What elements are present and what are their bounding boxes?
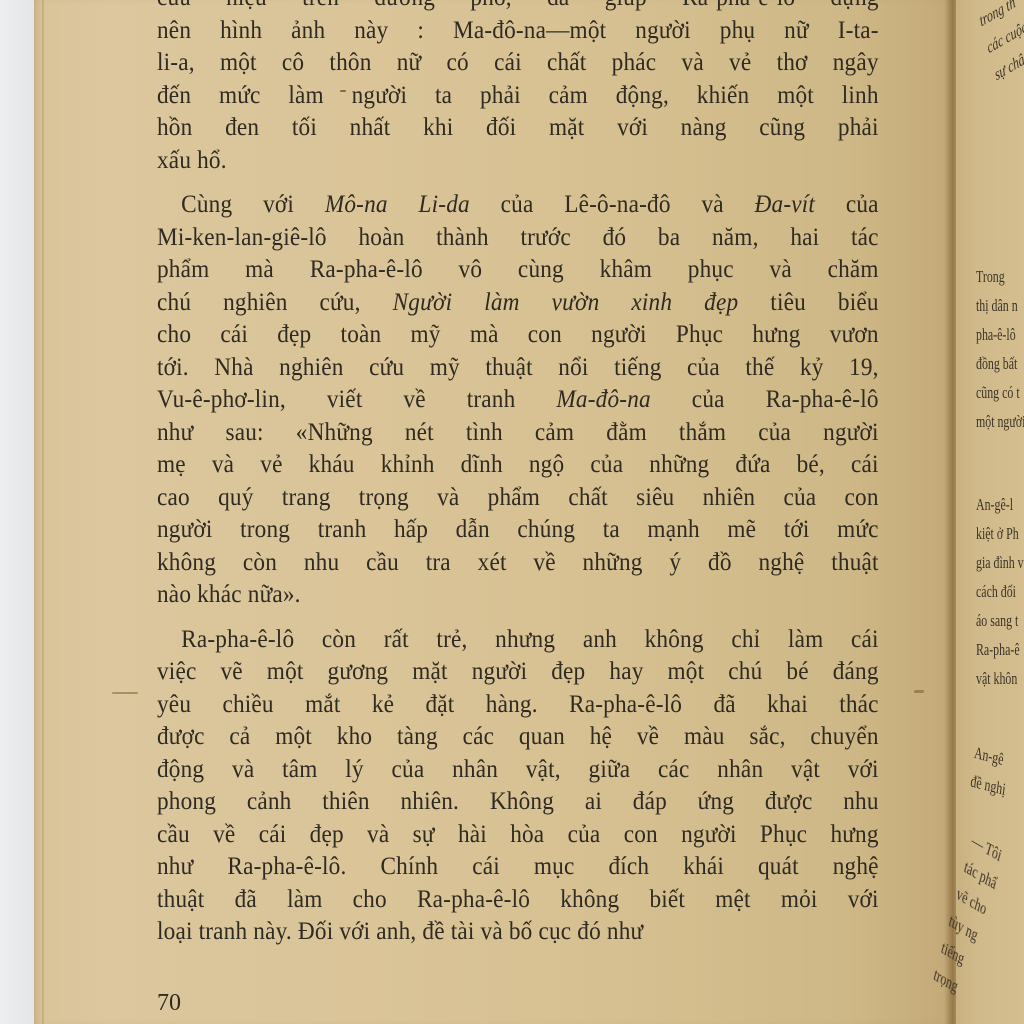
facing-text-line: thị dân n [976,291,1024,320]
paper-speck [914,690,924,693]
italic-title: Đa-vít [755,191,816,218]
text-line: người trong tranh hấp dẫn chúng ta mạnh … [157,514,879,547]
text-line: cầu về cái đẹp và sự hài hòa của con ngư… [157,819,879,852]
text-line: đến mức làm người ta phải cảm động, khiế… [157,80,879,113]
text-line: nào khác nữa». [157,579,879,612]
facing-text-line: vật khôn [976,664,1024,693]
text-run: của Ra-pha-ê-lô [651,386,879,413]
text-run: như Ra-pha-ê-lô. Chính cái mục đích khái… [157,853,879,880]
text-line: mẹ và vẻ kháu khỉnh dĩnh ngộ của những đ… [157,449,879,482]
text-run: mẹ và vẻ kháu khỉnh dĩnh ngộ của những đ… [157,451,879,478]
text-line: như sau: «Những nét tình cảm đằm thắm củ… [157,417,879,450]
text-line: Mi-ken-lan-giê-lô hoàn thành trước đó ba… [157,222,879,255]
facing-text-line: kiệt ở Ph [976,519,1024,548]
text-line: Vu-ê-phơ-lin, viết về tranh Ma-đô-na của… [157,384,879,417]
text-run: nên hình ảnh này : Ma-đô-na—một người ph… [157,17,879,44]
text-run: thuật đã làm cho Ra-pha-ê-lô không biết … [157,886,879,913]
italic-title: Người làm vườn xinh đẹp [393,289,739,316]
text-run: chú nghiên cứu, [157,289,393,316]
text-line: loại tranh này. Đối với anh, đề tài và b… [157,916,879,949]
facing-page-middle: Trongthị dân npha-ê-lôđồng bấtcũng có tm… [976,262,1024,436]
text-run: được cả một kho tàng các quan hệ về màu … [157,723,879,750]
text-run: tiêu biểu [738,289,878,316]
text-run: đến mức làm người ta phải cảm động, khiế… [157,82,879,109]
text-line: hồn đen tối nhất khi đối mặt với nàng cũ… [157,112,879,145]
text-run: xấu hổ. [157,147,227,174]
text-line: tới. Nhà nghiên cứu mỹ thuật nổi tiếng c… [157,352,879,385]
text-line: cao quý trang trọng và phẩm chất siêu nh… [157,482,879,515]
text-run: nào khác nữa». [157,581,301,608]
text-run: yêu chiều mắt kẻ đặt hàng. Ra-pha-ê-lô đ… [157,691,879,718]
text-run: loại tranh này. Đối với anh, đề tài và b… [157,918,643,945]
body-text: cửa hiệu trên đường phố, đã giúp Ra-pha-… [157,0,828,949]
text-run: Mi-ken-lan-giê-lô hoàn thành trước đó ba… [157,224,879,251]
facing-text-line: Ra-pha-ê [976,635,1024,664]
facing-text-line: pha-ê-lô [976,320,1024,349]
text-run: cửa hiệu trên đường phố, đã giúp Ra-pha-… [157,0,879,11]
text-run: Vu-ê-phơ-lin, viết về tranh [157,386,556,413]
text-line: Ra-pha-ê-lô còn rất trẻ, nhưng anh không… [157,624,879,657]
text-run: như sau: «Những nét tình cảm đằm thắm củ… [157,419,879,446]
text-line: việc vẽ một gương mặt người đẹp hay một … [157,656,879,689]
text-run: Cùng với [181,191,325,218]
paragraph-p1: cửa hiệu trên đường phố, đã giúp Ra-pha-… [157,0,828,177]
text-line: li-a, một cô thôn nữ có cái chất phác và… [157,47,879,80]
paragraph-gap [157,177,828,189]
text-run: phẩm mà Ra-pha-ê-lô vô cùng khâm phục và… [157,256,879,283]
text-run: việc vẽ một gương mặt người đẹp hay một … [157,658,879,685]
facing-text-line: An-gê-l [976,490,1024,519]
text-run: li-a, một cô thôn nữ có cái chất phác và… [157,49,879,76]
text-run: cho cái đẹp toàn mỹ mà con người Phục hư… [157,321,879,348]
paragraph-p2: Cùng với Mô-na Li-da của Lê-ô-na-đô và Đ… [157,189,828,612]
text-line: yêu chiều mắt kẻ đặt hàng. Ra-pha-ê-lô đ… [157,689,879,722]
paragraph-p3: Ra-pha-ê-lô còn rất trẻ, nhưng anh không… [157,624,828,949]
text-line: phong cảnh thiên nhiên. Không ai đáp ứng… [157,786,879,819]
paper-speck [112,692,138,694]
text-run: động và tâm lý của nhân vật, giữa các nh… [157,756,879,783]
text-line: xấu hổ. [157,145,879,178]
text-run: của [815,191,879,218]
text-line: thuật đã làm cho Ra-pha-ê-lô không biết … [157,884,879,917]
text-run: người trong tranh hấp dẫn chúng ta mạnh … [157,516,879,543]
facing-text-line: Trong [976,262,1024,291]
text-run: không còn nhu cầu tra xét về những ý đồ … [157,549,879,576]
facing-text-line: gia đình v [976,548,1024,577]
text-line: nên hình ảnh này : Ma-đô-na—một người ph… [157,15,879,48]
paragraph-gap [157,612,828,624]
text-run: phong cảnh thiên nhiên. Không ai đáp ứng… [157,788,879,815]
italic-title: Mô-na Li-da [325,191,470,218]
facing-text-line: đồng bất [976,349,1024,378]
text-line: cửa hiệu trên đường phố, đã giúp Ra-pha-… [157,0,879,15]
text-line: động và tâm lý của nhân vật, giữa các nh… [157,754,879,787]
text-run: của Lê-ô-na-đô và [470,191,755,218]
text-run: hồn đen tối nhất khi đối mặt với nàng cũ… [157,114,879,141]
text-line: chú nghiên cứu, Người làm vườn xinh đẹp … [157,287,879,320]
text-line: Cùng với Mô-na Li-da của Lê-ô-na-đô và Đ… [157,189,879,222]
text-line: như Ra-pha-ê-lô. Chính cái mục đích khái… [157,851,879,884]
text-run: tới. Nhà nghiên cứu mỹ thuật nổi tiếng c… [157,354,879,381]
page-number: 70 [157,990,181,1017]
text-line: cho cái đẹp toàn mỹ mà con người Phục hư… [157,319,879,352]
text-run: Ra-pha-ê-lô còn rất trẻ, nhưng anh không… [181,626,879,653]
text-line: phẩm mà Ra-pha-ê-lô vô cùng khâm phục và… [157,254,879,287]
text-run: cao quý trang trọng và phẩm chất siêu nh… [157,484,879,511]
facing-page-lower: An-gê-lkiệt ở Phgia đình vcách đốiáo san… [976,490,1024,693]
facing-text-line: cách đối [976,577,1024,606]
facing-text-line: áo sang t [976,606,1024,635]
text-line: được cả một kho tàng các quan hệ về màu … [157,721,879,754]
text-line: không còn nhu cầu tra xét về những ý đồ … [157,547,879,580]
facing-text-line: một người [976,407,1024,436]
italic-title: Ma-đô-na [556,386,650,413]
facing-page-bottom-a: An-gêđề nghị [969,738,1011,804]
facing-text-line: cũng có t [976,378,1024,407]
text-run: cầu về cái đẹp và sự hài hòa của con ngư… [157,821,879,848]
